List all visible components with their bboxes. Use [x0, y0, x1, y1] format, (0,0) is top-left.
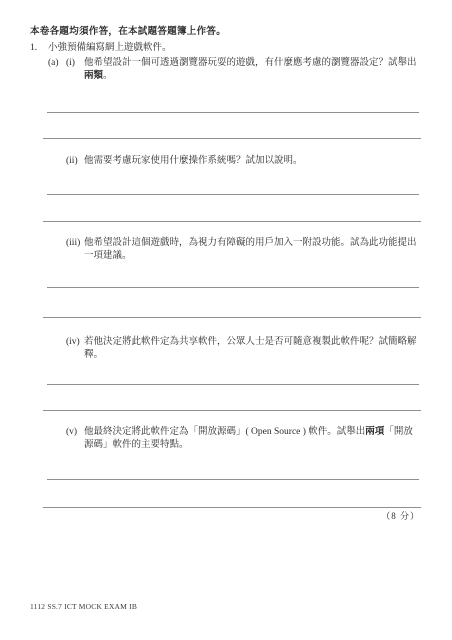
answer-line — [47, 194, 419, 195]
subquestion-iv: (iv) 若他決定將此軟件定為共享軟件，公眾人士是否可隨意複製此軟件呢？試簡略解… — [48, 336, 420, 362]
question-stem: 小強預備編寫網上遊戲軟件。 — [48, 42, 420, 55]
subquestion-label-i: (i) — [66, 57, 84, 70]
subquestion-text-iv: 若他決定將此軟件定為共享軟件，公眾人士是否可隨意複製此軟件呢？試簡略解釋。 — [84, 336, 420, 362]
answer-line — [43, 138, 421, 139]
bold-emphasis: 兩類 — [84, 71, 103, 81]
subquestion-ii: (ii) 他需要考慮玩家使用什麼操作系統嗎？試加以說明。 — [48, 155, 420, 168]
answer-line — [43, 317, 421, 318]
subquestion-label-iii: (iii) — [66, 237, 84, 250]
answer-line — [47, 287, 419, 288]
subquestion-label-ii: (ii) — [66, 155, 84, 168]
exam-page: 本卷各題均須作答，在本試題答題簿上作答。 1. 小強預備編寫網上遊戲軟件。 (a… — [0, 0, 452, 640]
subquestion-text-v: 他最終決定將此軟件定為「開放源碼」( Open Source ) 軟件。試舉出兩… — [84, 426, 420, 452]
subquestion-i: (a) (i) 他希望設計一個可透過瀏覽器玩耍的遊戲，有什麼應考慮的瀏覽器設定？… — [48, 57, 420, 83]
question-1-row: 1. 小強預備編寫網上遊戲軟件。 — [30, 42, 420, 55]
part-label: (a) — [48, 57, 66, 70]
question-number: 1. — [30, 42, 48, 55]
subquestion-label-iv: (iv) — [66, 336, 84, 349]
answer-line — [47, 112, 419, 113]
bold-emphasis: 兩項 — [365, 427, 384, 437]
marks-label: （8 分） — [30, 510, 420, 523]
exam-instruction: 本卷各題均須作答，在本試題答題簿上作答。 — [30, 26, 420, 39]
subquestion-text-ii: 他需要考慮玩家使用什麼操作系統嗎？試加以說明。 — [84, 155, 420, 168]
subquestion-text-iii: 他希望設計這個遊戲時，為視力有障礙的用戶加入一附設功能。試為此功能提出一項建議。 — [84, 237, 420, 263]
page-footer: 1112 SS.7 ICT MOCK EXAM IB — [30, 600, 137, 613]
subquestion-iii: (iii) 他希望設計這個遊戲時，為視力有障礙的用戶加入一附設功能。試為此功能提… — [48, 237, 420, 263]
subquestion-text-i: 他希望設計一個可透過瀏覽器玩耍的遊戲，有什麼應考慮的瀏覽器設定？試舉出兩類。 — [84, 57, 420, 83]
answer-line — [43, 410, 421, 411]
answer-line — [47, 384, 419, 385]
answer-line — [43, 507, 421, 508]
answer-line — [43, 221, 421, 222]
answer-line — [47, 479, 419, 480]
subquestion-label-v: (v) — [66, 426, 84, 439]
subquestion-v: (v) 他最終決定將此軟件定為「開放源碼」( Open Source ) 軟件。… — [48, 426, 420, 452]
